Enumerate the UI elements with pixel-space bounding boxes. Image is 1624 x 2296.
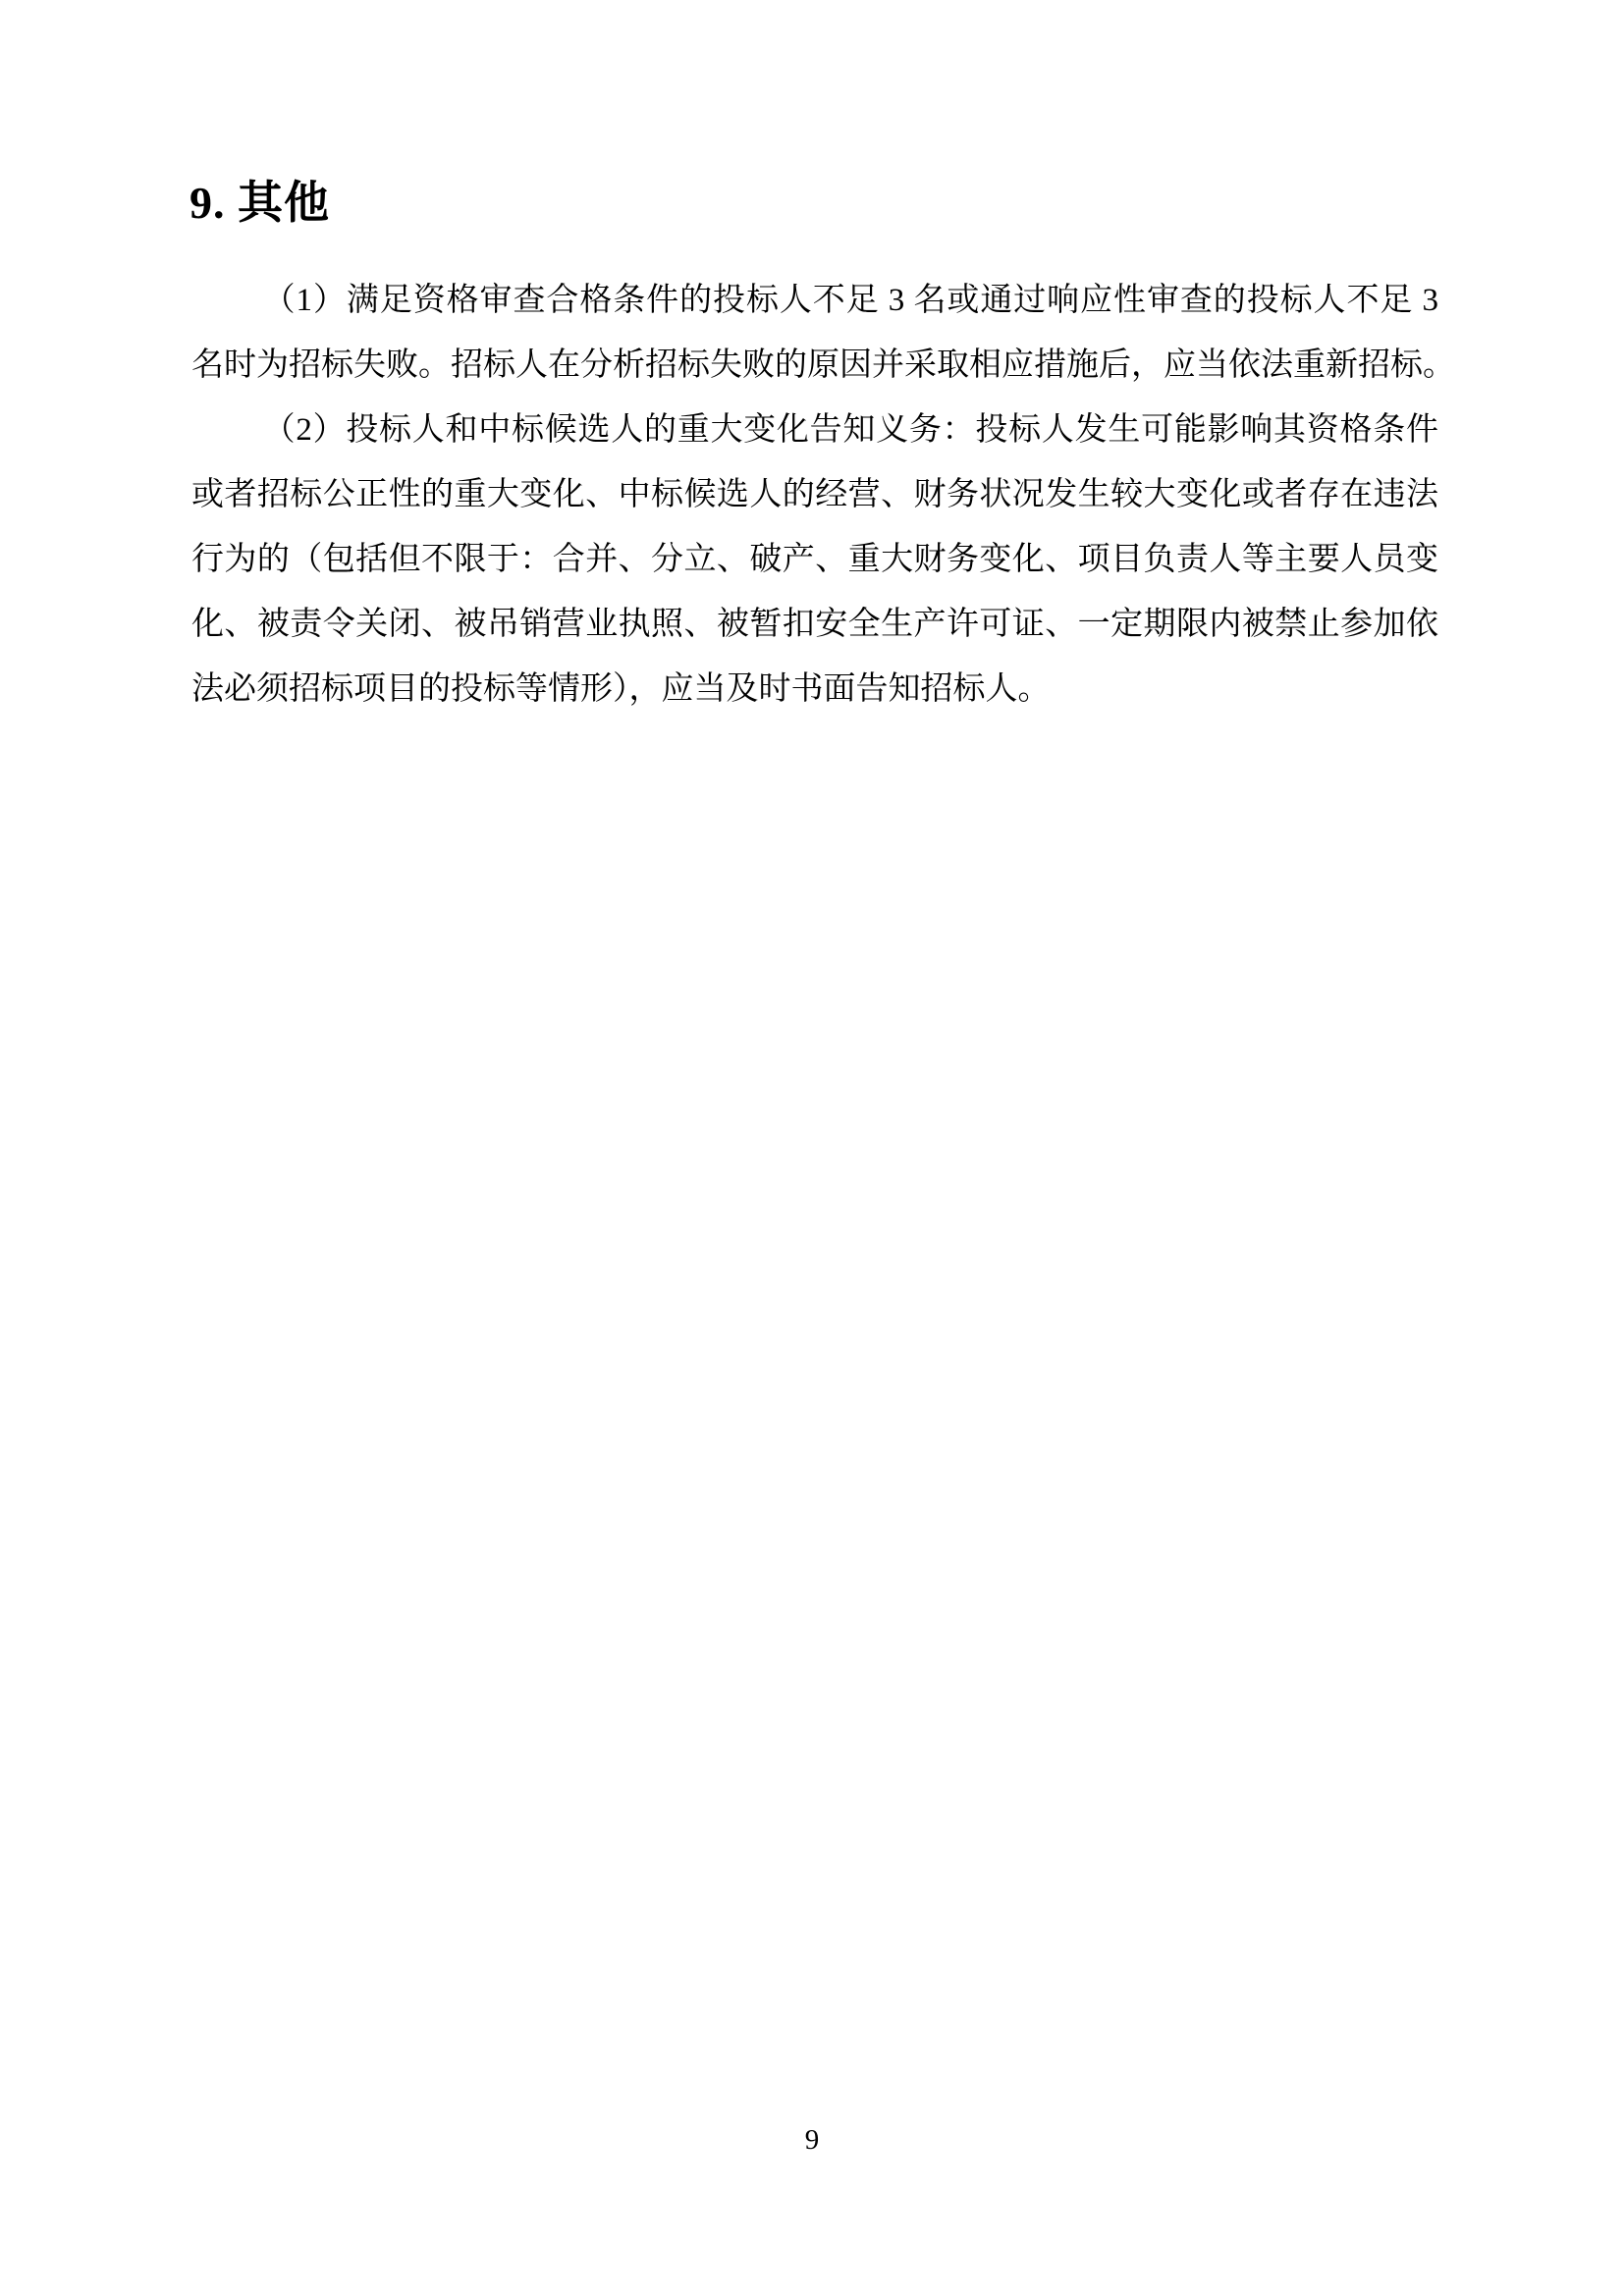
paragraph-line: 法必须招标项目的投标等情形），应当及时书面告知招标人。: [191, 657, 1438, 721]
paragraph-line: 化、被责令关闭、被吊销营业执照、被暂扣安全生产许可证、一定期限内被禁止参加依: [191, 592, 1438, 657]
paragraph-1: （1）满足资格审查合格条件的投标人不足 3 名或通过响应性审查的投标人不足 3 …: [191, 268, 1438, 398]
page-number: 9: [0, 2118, 1624, 2162]
paragraph-line: （2）投标人和中标候选人的重大变化告知义务：投标人发生可能影响其资格条件: [191, 398, 1438, 462]
paragraph-line: 名时为招标失败。招标人在分析招标失败的原因并采取相应措施后，应当依法重新招标。: [191, 333, 1438, 398]
document-page: 9. 其他 （1）满足资格审查合格条件的投标人不足 3 名或通过响应性审查的投标…: [0, 0, 1624, 2296]
body-text: （1）满足资格审查合格条件的投标人不足 3 名或通过响应性审查的投标人不足 3 …: [191, 268, 1438, 721]
paragraph-line: 或者招标公正性的重大变化、中标候选人的经营、财务状况发生较大变化或者存在违法: [191, 462, 1438, 527]
paragraph-line: 行为的（包括但不限于：合并、分立、破产、重大财务变化、项目负责人等主要人员变: [191, 527, 1438, 592]
paragraph-line: （1）满足资格审查合格条件的投标人不足 3 名或通过响应性审查的投标人不足 3: [191, 268, 1438, 333]
section-heading: 9. 其他: [189, 175, 330, 232]
paragraph-2: （2）投标人和中标候选人的重大变化告知义务：投标人发生可能影响其资格条件 或者招…: [191, 398, 1438, 721]
